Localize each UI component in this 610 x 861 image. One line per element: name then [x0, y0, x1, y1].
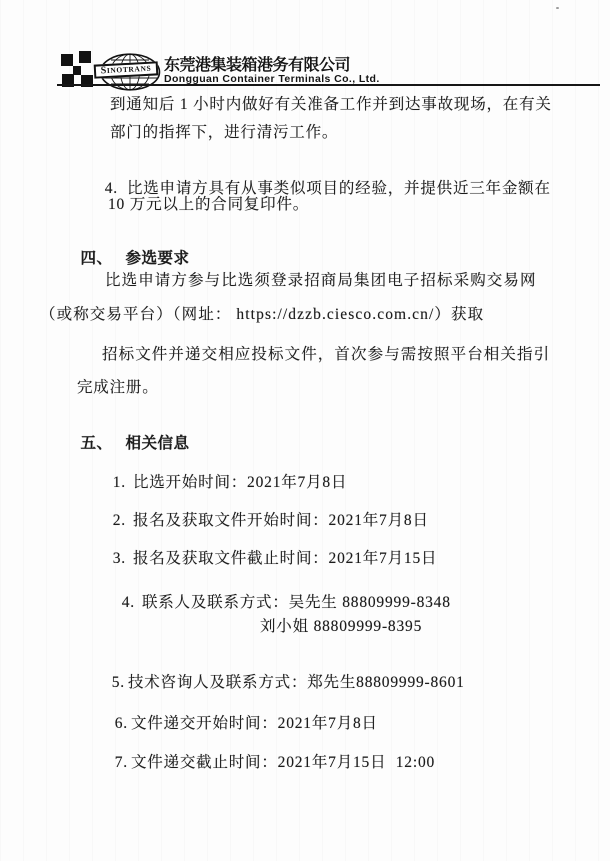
sinotrans-banner-text: SINOTRANS — [96, 63, 156, 76]
section-title: 相关信息 — [126, 435, 190, 452]
related-info-item-7: 7.文件递交截止时间：2021年7月15日 12:00 — [96, 739, 435, 787]
item-number: 7. — [115, 754, 128, 771]
item-number: 5. — [112, 674, 125, 691]
logo-square — [73, 66, 81, 75]
section-four-para-line-1: 比选申请方参与比选须登录招商局集团电子招标采购交易网 — [105, 273, 537, 289]
section-number: 四、 — [81, 250, 113, 267]
section-title: 参选要求 — [126, 250, 190, 267]
intro-line-1: 到通知后 1 小时内做好有关准备工作并到达事故现场，在有关 — [110, 97, 552, 113]
section-number: 五、 — [81, 435, 113, 452]
item-number: 2. — [113, 512, 126, 529]
item-text: 比选申请方具有从事类似项目的经验，并提供近三年金额在 — [127, 180, 551, 197]
item-text: 报名及获取文件开始时间：2021年7月8日 — [133, 512, 429, 529]
item-number: 3. — [113, 550, 126, 567]
section-four-para-line-4: 完成注册。 — [77, 380, 159, 396]
document-page: SINOTRANS 东莞港集装箱港务有限公司 Dongguan Containe… — [0, 0, 610, 861]
qualification-item-line-2: 10 万元以上的合同复印件。 — [108, 197, 309, 213]
logo-square — [61, 54, 73, 66]
sinotrans-squares-icon — [61, 51, 94, 88]
item-text: 文件递交开始时间：2021年7月8日 — [131, 715, 378, 732]
item-number: 4. — [105, 180, 118, 197]
company-name-cn: 东莞港集装箱港务有限公司 — [164, 52, 350, 75]
item-text: 技术咨询人及联系方式：郑先生88809999-8601 — [128, 674, 465, 691]
item-number: 6. — [115, 715, 128, 732]
item-text: 联系人及联系方式：吴先生 88809999-8348 — [142, 594, 451, 611]
header-divider — [57, 84, 600, 86]
item-number: 1. — [113, 474, 126, 491]
section-four-para-line-2: （或称交易平台）（网址： https://dzzb.ciesco.com.cn/… — [40, 307, 484, 323]
item-number: 4. — [122, 594, 135, 611]
item-text: 比选开始时间：2021年7月8日 — [133, 474, 347, 491]
related-info-item-3: 3.报名及获取文件截止时间：2021年7月15日 — [94, 535, 437, 583]
logo-square — [79, 51, 91, 63]
scan-speck — [556, 7, 559, 9]
related-info-item-4-continuation: 刘小姐 88809999-8395 — [260, 619, 422, 635]
item-text: 文件递交截止时间：2021年7月15日 12:00 — [131, 754, 435, 771]
item-text: 报名及获取文件截止时间：2021年7月15日 — [133, 550, 437, 567]
section-four-para-line-3: 招标文件并递交相应投标文件，首次参与需按照平台相关指引 — [102, 347, 550, 363]
intro-line-2: 部门的指挥下，进行清污工作。 — [110, 125, 338, 141]
